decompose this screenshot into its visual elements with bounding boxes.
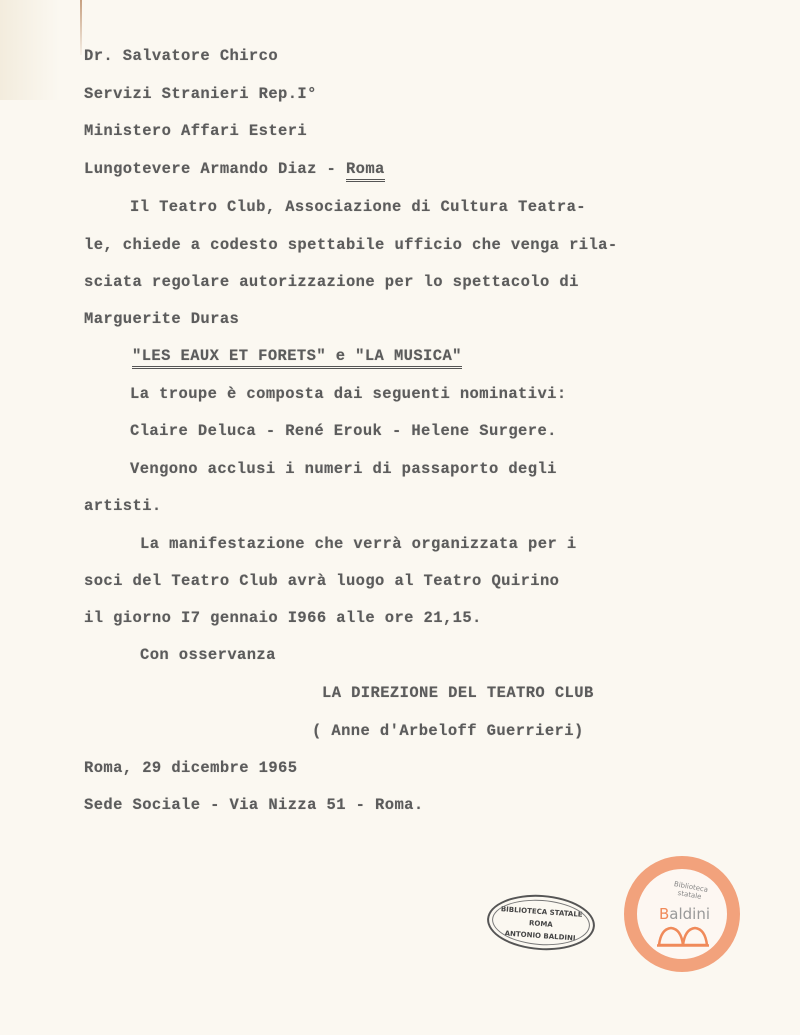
page-edge-shadow: [0, 0, 60, 100]
baldini-logo: Biblioteca statale Baldini: [624, 856, 740, 972]
open-book-icon: [657, 925, 709, 947]
author-name: Marguerite Duras: [84, 310, 239, 328]
event-line-1: La manifestazione che verrà organizzata …: [140, 535, 577, 553]
body-line-1: Il Teatro Club, Associazione di Cultura …: [130, 198, 586, 216]
recipient-street: Lungotevere Armando Diaz -: [84, 160, 346, 178]
body-line-3: sciata regolare autorizzazione per lo sp…: [84, 273, 579, 291]
play-titles: "LES EAUX ET FORETS" e "LA MUSICA": [132, 347, 462, 365]
stamp-line-1: BIBLIOTECA STATALE: [489, 902, 594, 921]
play-titles-text: "LES EAUX ET FORETS" e "LA MUSICA": [132, 347, 462, 369]
body-line-2: le, chiede a codesto spettabile ufficio …: [84, 236, 618, 254]
document-page: Dr. Salvatore Chirco Servizi Stranieri R…: [0, 0, 800, 1035]
stamp-line-2: ROMA: [489, 914, 594, 933]
library-stamp: BIBLIOTECA STATALE ROMA ANTONIO BALDINI: [485, 891, 597, 953]
troupe-intro: La troupe è composta dai seguenti nomina…: [130, 385, 567, 403]
logo-name: Baldini: [659, 905, 710, 923]
event-line-2: soci del Teatro Club avrà luogo al Teatr…: [84, 572, 559, 590]
logo-initial: B: [659, 905, 669, 923]
logo-name-rest: aldini: [669, 905, 710, 923]
recipient-office: Servizi Stranieri Rep.I°: [84, 85, 317, 103]
closing: Con osservanza: [140, 646, 276, 664]
passport-note: Vengono acclusi i numeri di passaporto d…: [130, 460, 557, 478]
troupe-members: Claire Deluca - René Erouk - Helene Surg…: [130, 422, 557, 440]
event-line-3: il giorno I7 gennaio I966 alle ore 21,15…: [84, 609, 482, 627]
signature-name: ( Anne d'Arbeloff Guerrieri): [312, 722, 584, 740]
recipient-name: Dr. Salvatore Chirco: [84, 47, 278, 65]
recipient-city: Roma: [346, 160, 385, 182]
fold-mark: [80, 0, 82, 55]
sender-address: Sede Sociale - Via Nizza 51 - Roma.: [84, 796, 424, 814]
passport-note-end: artisti.: [84, 497, 162, 515]
logo-subtitle: Biblioteca statale: [672, 880, 709, 902]
letter-date: Roma, 29 dicembre 1965: [84, 759, 297, 777]
recipient-ministry: Ministero Affari Esteri: [84, 122, 307, 140]
recipient-address: Lungotevere Armando Diaz - Roma: [84, 160, 385, 178]
signature-org: LA DIREZIONE DEL TEATRO CLUB: [322, 684, 594, 702]
stamp-line-3: ANTONIO BALDINI: [488, 926, 593, 945]
